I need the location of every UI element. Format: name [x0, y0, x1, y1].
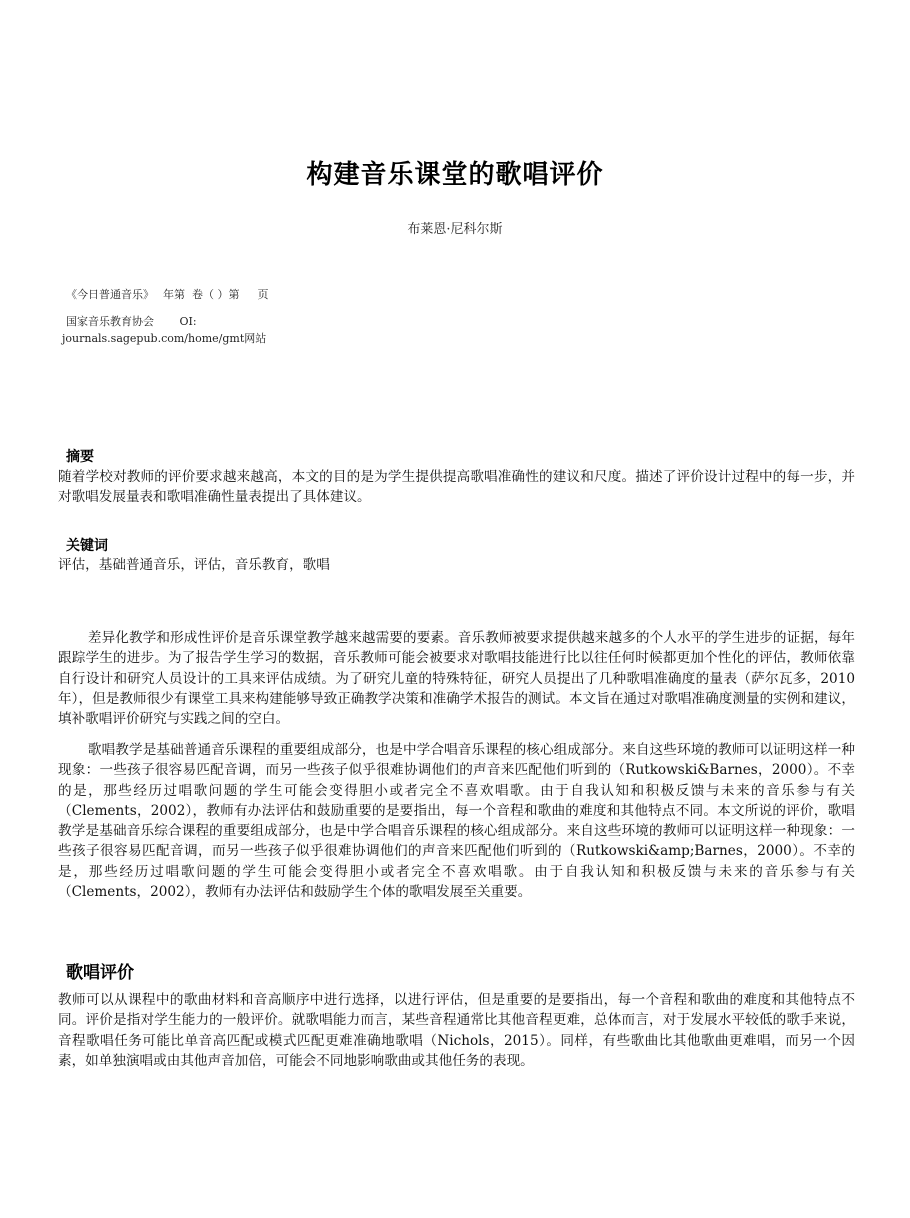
journal-url[interactable]: journals.sagepub.com/home/gmt网站	[62, 332, 266, 345]
abstract-text: 随着学校对教师的评价要求越来越高，本文的目的是为学生提供提高歌唱准确性的建议和尺…	[58, 467, 855, 508]
author-name: 布莱恩·尼科尔斯	[0, 218, 910, 237]
paper-title: 构建音乐课堂的歌唱评价	[0, 157, 910, 193]
section-paragraph: 教师可以从课程中的歌曲材料和音高顺序中进行选择，以进行评估，但是重要的是要指出，…	[58, 990, 855, 1071]
keywords-heading: 关键词	[66, 535, 108, 555]
section-heading-singing-assessment: 歌唱评价	[66, 958, 134, 983]
publisher-info: 国家音乐教育协会 OI: journals.sagepub.com/home/g…	[66, 313, 266, 347]
abstract-heading: 摘要	[66, 446, 94, 466]
publisher-line: 国家音乐教育协会 OI:	[66, 315, 197, 328]
body-paragraph-2: 歌唱教学是基础普通音乐课程的重要组成部分，也是中学合唱音乐课程的核心组成部分。来…	[58, 740, 855, 902]
keywords-text: 评估，基础普通音乐，评估，音乐教育，歌唱	[58, 555, 855, 575]
journal-line: 《今日普通音乐》 年第 卷（ ）第 页	[66, 288, 268, 301]
body-paragraph-1: 差异化教学和形成性评价是音乐课堂教学越来越需要的要素。音乐教师被要求提供越来越多…	[58, 628, 855, 729]
journal-citation: 《今日普通音乐》 年第 卷（ ）第 页	[66, 286, 268, 303]
